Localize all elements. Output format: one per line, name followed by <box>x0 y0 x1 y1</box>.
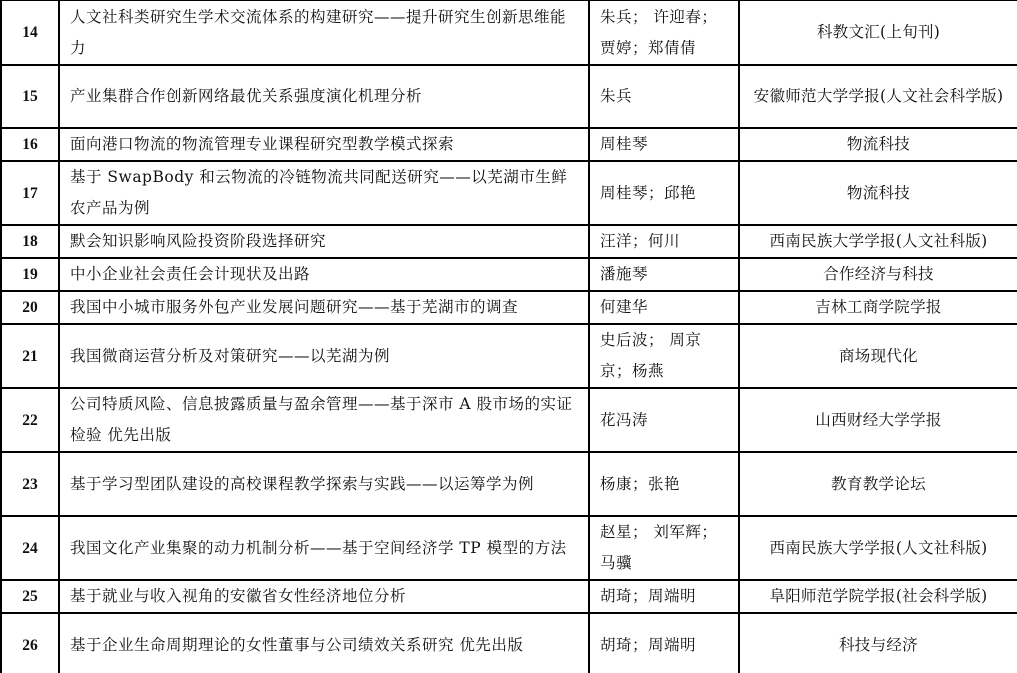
paper-title: 公司特质风险、信息披露质量与盈余管理——基于深市 A 股市场的实证检验 优先出版 <box>59 388 589 452</box>
paper-title: 默会知识影响风险投资阶段选择研究 <box>59 225 589 258</box>
row-number: 15 <box>1 65 59 128</box>
table-row: 22 公司特质风险、信息披露质量与盈余管理——基于深市 A 股市场的实证检验 优… <box>1 388 1017 452</box>
table-row: 25 基于就业与收入视角的安徽省女性经济地位分析 胡琦；周端明 阜阳师范学院学报… <box>1 580 1017 613</box>
publications-table-body: 14 人文社科类研究生学术交流体系的构建研究——提升研究生创新思维能力 朱兵； … <box>1 0 1017 673</box>
paper-title: 人文社科类研究生学术交流体系的构建研究——提升研究生创新思维能力 <box>59 0 589 65</box>
table-row: 26 基于企业生命周期理论的女性董事与公司绩效关系研究 优先出版 胡琦；周端明 … <box>1 613 1017 673</box>
paper-authors: 花冯涛 <box>589 388 739 452</box>
journal-name: 山西财经大学学报 <box>739 388 1017 452</box>
journal-name: 科教文汇(上旬刊) <box>739 0 1017 65</box>
journal-name: 商场现代化 <box>739 324 1017 388</box>
paper-title: 基于就业与收入视角的安徽省女性经济地位分析 <box>59 580 589 613</box>
row-number: 21 <box>1 324 59 388</box>
journal-name: 吉林工商学院学报 <box>739 291 1017 324</box>
journal-name: 物流科技 <box>739 161 1017 225</box>
journal-name: 西南民族大学学报(人文社科版) <box>739 516 1017 580</box>
journal-name: 物流科技 <box>739 128 1017 161</box>
table-row: 24 我国文化产业集聚的动力机制分析——基于空间经济学 TP 模型的方法 赵星；… <box>1 516 1017 580</box>
table-row: 20 我国中小城市服务外包产业发展问题研究——基于芜湖市的调查 何建华 吉林工商… <box>1 291 1017 324</box>
journal-name: 安徽师范大学学报(人文社会科学版) <box>739 65 1017 128</box>
paper-authors: 史后波； 周京京；杨燕 <box>589 324 739 388</box>
paper-title: 基于企业生命周期理论的女性董事与公司绩效关系研究 优先出版 <box>59 613 589 673</box>
row-number: 20 <box>1 291 59 324</box>
table-row: 15 产业集群合作创新网络最优关系强度演化机理分析 朱兵 安徽师范大学学报(人文… <box>1 65 1017 128</box>
table-row: 14 人文社科类研究生学术交流体系的构建研究——提升研究生创新思维能力 朱兵； … <box>1 0 1017 65</box>
paper-authors: 汪洋；何川 <box>589 225 739 258</box>
table-row: 21 我国微商运营分析及对策研究——以芜湖为例 史后波； 周京京；杨燕 商场现代… <box>1 324 1017 388</box>
journal-name: 合作经济与科技 <box>739 258 1017 291</box>
paper-title: 面向港口物流的物流管理专业课程研究型教学模式探索 <box>59 128 589 161</box>
paper-authors: 何建华 <box>589 291 739 324</box>
paper-title: 基于 SwapBody 和云物流的冷链物流共同配送研究——以芜湖市生鲜农产品为例 <box>59 161 589 225</box>
paper-title: 我国中小城市服务外包产业发展问题研究——基于芜湖市的调查 <box>59 291 589 324</box>
paper-authors: 朱兵 <box>589 65 739 128</box>
row-number: 14 <box>1 0 59 65</box>
paper-title: 我国文化产业集聚的动力机制分析——基于空间经济学 TP 模型的方法 <box>59 516 589 580</box>
row-number: 25 <box>1 580 59 613</box>
paper-authors: 赵星； 刘军辉；马骥 <box>589 516 739 580</box>
paper-authors: 朱兵； 许迎春；贾婷；郑倩倩 <box>589 0 739 65</box>
row-number: 19 <box>1 258 59 291</box>
row-number: 16 <box>1 128 59 161</box>
paper-authors: 胡琦；周端明 <box>589 613 739 673</box>
journal-name: 科技与经济 <box>739 613 1017 673</box>
journal-name: 阜阳师范学院学报(社会科学版) <box>739 580 1017 613</box>
table-row: 17 基于 SwapBody 和云物流的冷链物流共同配送研究——以芜湖市生鲜农产… <box>1 161 1017 225</box>
paper-authors: 胡琦；周端明 <box>589 580 739 613</box>
table-row: 16 面向港口物流的物流管理专业课程研究型教学模式探索 周桂琴 物流科技 <box>1 128 1017 161</box>
table-row: 23 基于学习型团队建设的高校课程教学探索与实践——以运筹学为例 杨康；张艳 教… <box>1 452 1017 516</box>
paper-title: 我国微商运营分析及对策研究——以芜湖为例 <box>59 324 589 388</box>
paper-authors: 潘施琴 <box>589 258 739 291</box>
table-row: 19 中小企业社会责任会计现状及出路 潘施琴 合作经济与科技 <box>1 258 1017 291</box>
table-row: 18 默会知识影响风险投资阶段选择研究 汪洋；何川 西南民族大学学报(人文社科版… <box>1 225 1017 258</box>
paper-authors: 周桂琴；邱艳 <box>589 161 739 225</box>
row-number: 17 <box>1 161 59 225</box>
publications-table: 14 人文社科类研究生学术交流体系的构建研究——提升研究生创新思维能力 朱兵； … <box>0 0 1017 673</box>
journal-name: 教育教学论坛 <box>739 452 1017 516</box>
row-number: 18 <box>1 225 59 258</box>
paper-authors: 周桂琴 <box>589 128 739 161</box>
journal-name: 西南民族大学学报(人文社科版) <box>739 225 1017 258</box>
row-number: 24 <box>1 516 59 580</box>
row-number: 23 <box>1 452 59 516</box>
paper-title: 基于学习型团队建设的高校课程教学探索与实践——以运筹学为例 <box>59 452 589 516</box>
paper-authors: 杨康；张艳 <box>589 452 739 516</box>
row-number: 22 <box>1 388 59 452</box>
paper-title: 产业集群合作创新网络最优关系强度演化机理分析 <box>59 65 589 128</box>
row-number: 26 <box>1 613 59 673</box>
paper-title: 中小企业社会责任会计现状及出路 <box>59 258 589 291</box>
